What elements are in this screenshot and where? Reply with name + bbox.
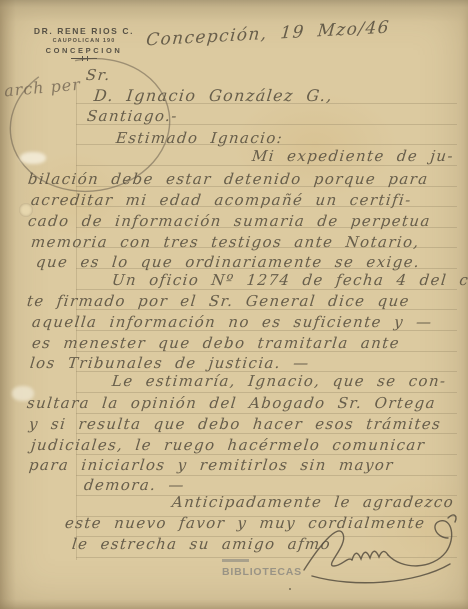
ink-speck: [289, 588, 291, 590]
recipient-city: Santiago.-: [86, 107, 179, 125]
letter-line: para iniciarlos y remitirlos sin mayor: [28, 456, 395, 474]
paper-damage: [20, 152, 46, 164]
scan-edge-bottom: [0, 599, 468, 609]
letter-line: memoria con tres testigos ante Notario,: [30, 233, 421, 251]
letter-line: le estrecha su amigo afmo: [71, 535, 332, 553]
ruled-line: [76, 392, 457, 393]
letterhead-address: CAUPOLICAN 190: [28, 38, 140, 44]
letter-line: es menester que debo tramitarla ante: [31, 334, 401, 352]
letter-line: aquella información no es suficiente y —: [31, 313, 433, 331]
letter-line: que es lo que ordinariamente se exige.: [35, 253, 421, 271]
recipient-prefix: Sr.: [85, 66, 112, 84]
letter-line: acreditar mi edad acompañé un certifi-: [30, 191, 413, 209]
ruled-line: [76, 454, 457, 455]
letter-line: Un oficio Nº 1274 de fecha 4 del corrien…: [111, 271, 468, 289]
signature-flourish: [298, 508, 464, 594]
watermark-bar: [222, 559, 249, 562]
dateline: Concepción, 19 Mzo/46: [145, 18, 390, 51]
letter-line: bilación debe estar detenido porque para: [27, 170, 430, 188]
library-watermark: BIBLIOTECAS: [222, 566, 302, 578]
letterhead-name: DR. RENE RIOS C.: [28, 26, 140, 36]
letter-line: te firmado por el Sr. General dice que: [26, 292, 411, 310]
ruled-line: [76, 413, 457, 414]
ruled-line: [76, 433, 457, 434]
letter-line: judiciales, le ruego hacérmelo comunicar: [30, 436, 426, 454]
letter-line: y si resulta que debo hacer esos trámite…: [28, 415, 442, 433]
scan-edge-top: [0, 0, 468, 22]
letter-scan: DR. RENE RIOS C. CAUPOLICAN 190 CONCEPCI…: [0, 0, 468, 609]
greeting: Estimado Ignacio:: [115, 129, 284, 147]
letter-line: demora. —: [83, 476, 186, 494]
letter-line: sultara la opinión del Abogado Sr. Orteg…: [26, 394, 437, 412]
letter-line: los Tribunales de justicia. —: [29, 354, 311, 372]
letter-line: Le estimaría, Ignacio, que se con-: [111, 372, 447, 390]
recipient-name: D. Ignacio González G.,: [93, 86, 334, 105]
letter-line: cado de información sumaria de perpetua: [27, 212, 432, 230]
letter-line-opening: Mi expediente de ju-: [251, 147, 455, 165]
